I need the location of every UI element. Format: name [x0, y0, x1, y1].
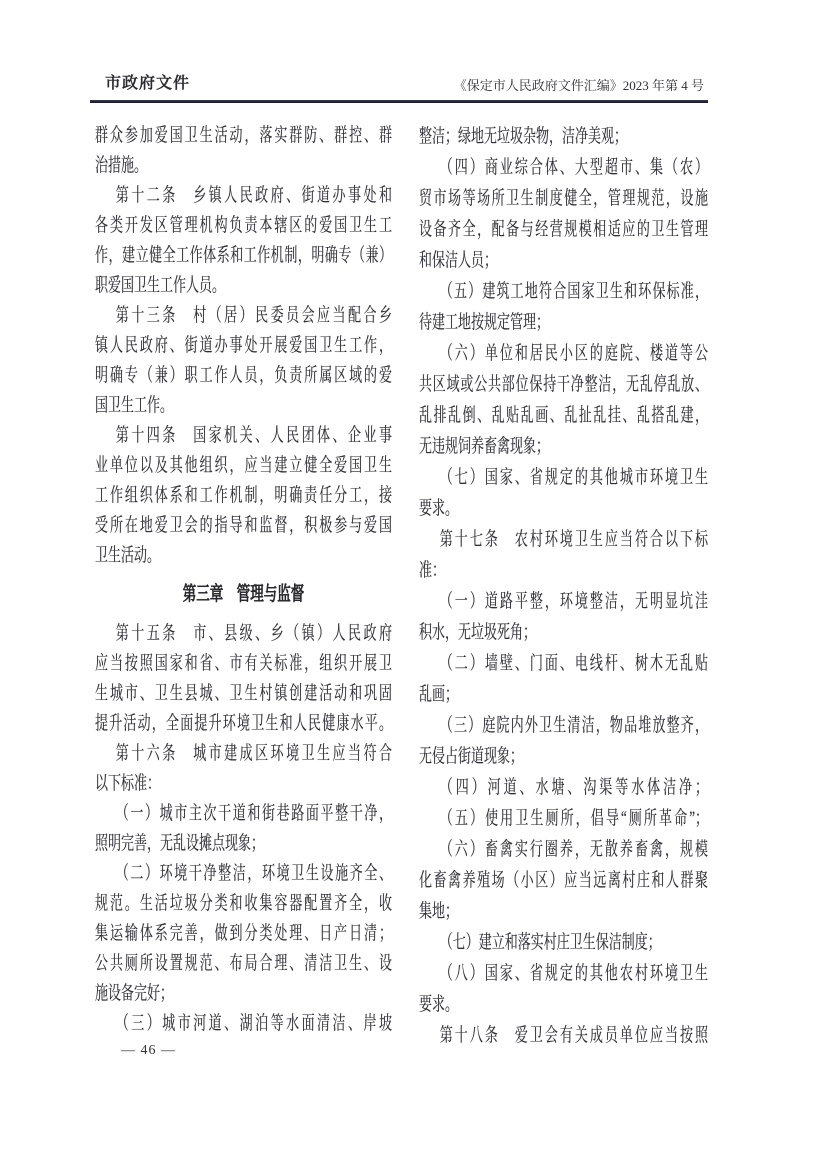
- text-line: 第三章 管理与监督: [95, 572, 392, 616]
- left-column: 群众参加爱国卫生活动，落实群防、群控、群治措施。第十二条 乡镇人民政府、街道办事…: [95, 120, 392, 1050]
- header-publication-title: 《保定市人民政府文件汇编》2023 年第 4 号: [454, 78, 704, 94]
- right-column: 整洁；绿地无垃圾杂物，洁净美观；（四）商业综合体、大型超市、集（农）贸市场等场所…: [419, 120, 708, 1050]
- text-line: 第十八条 爱卫会有关成员单位应当按照: [419, 1012, 708, 1057]
- text-line: （三）城市河道、湖泊等水面清洁、岸坡: [95, 1001, 392, 1045]
- text-line: 卫生活动。: [95, 533, 392, 577]
- document-body: 群众参加爱国卫生活动，落实群防、群控、群治措施。第十二条 乡镇人民政府、街道办事…: [95, 120, 708, 1050]
- document-page: 市政府文件 《保定市人民政府文件汇编》2023 年第 4 号 群众参加爱国卫生活…: [0, 0, 816, 1153]
- page-number: — 46 —: [121, 1043, 176, 1058]
- header-rule: [90, 100, 708, 103]
- page-footer: — 46 —: [121, 1042, 176, 1060]
- header-doc-type: 市政府文件: [105, 74, 190, 94]
